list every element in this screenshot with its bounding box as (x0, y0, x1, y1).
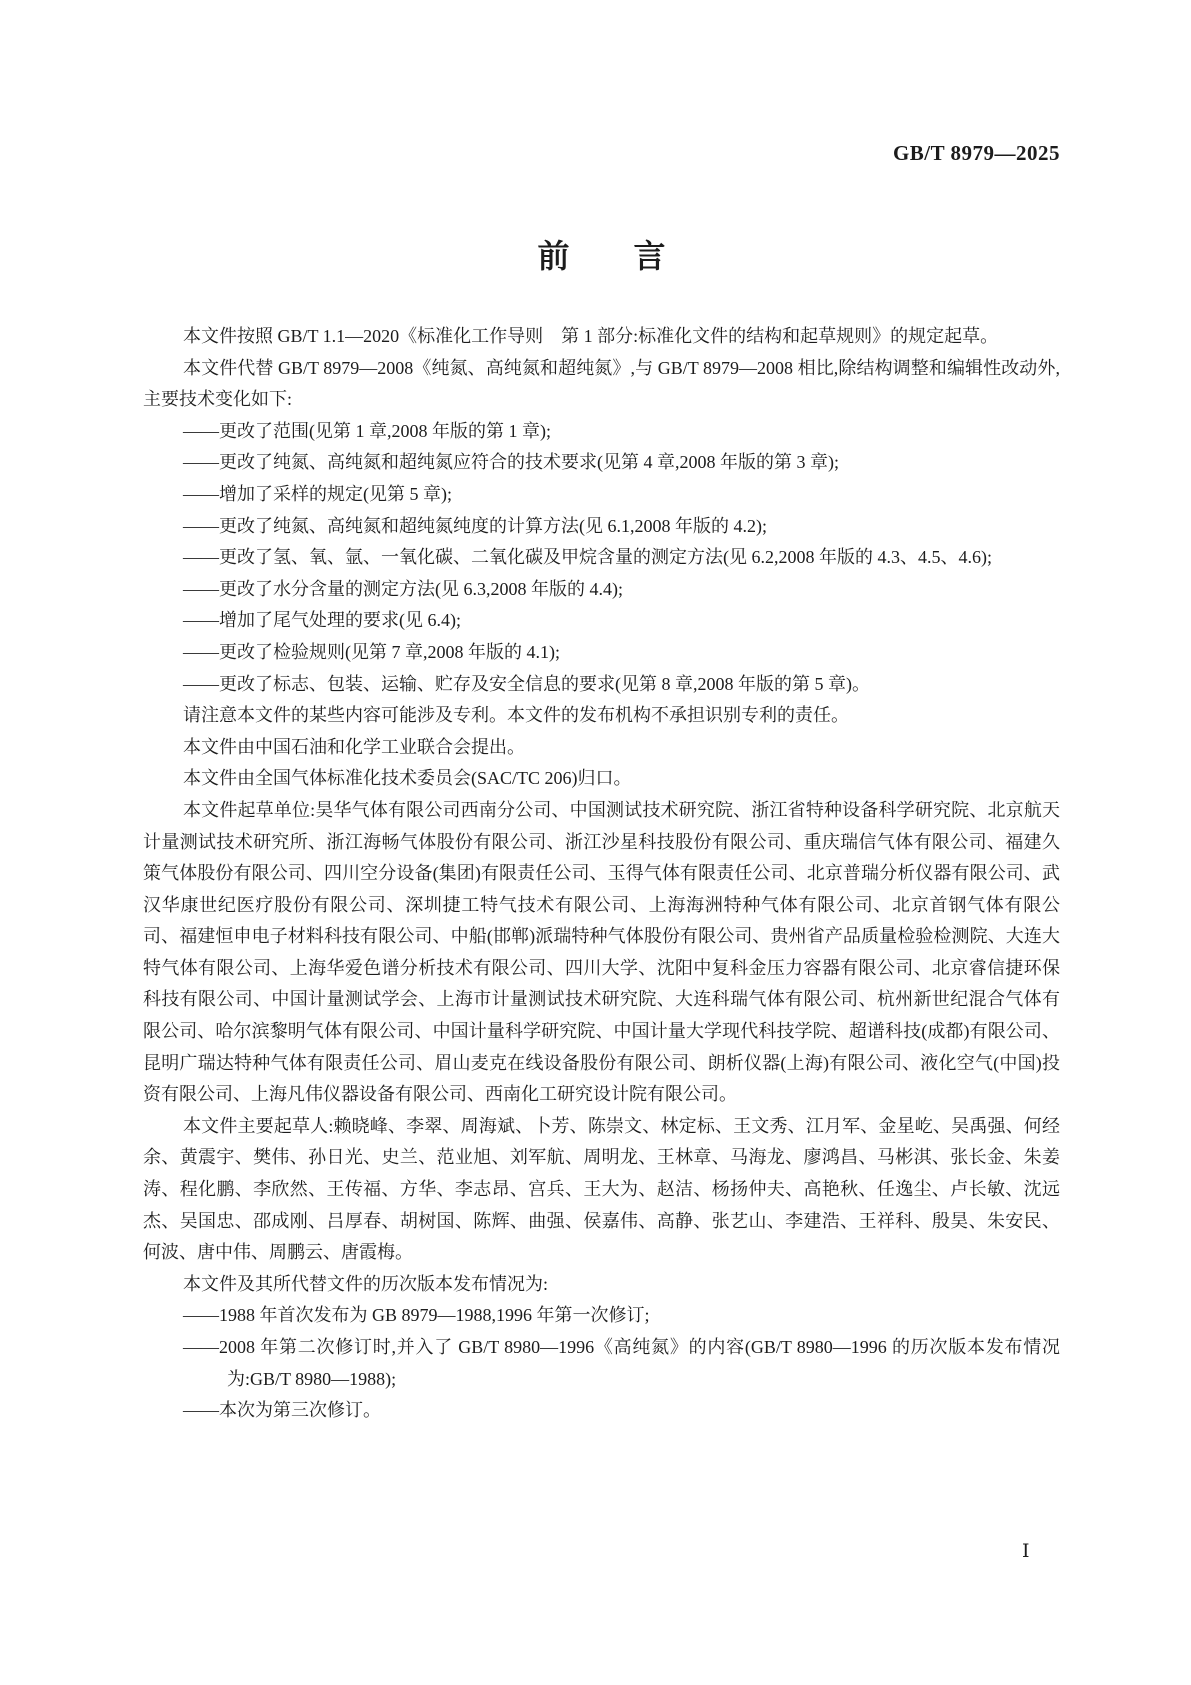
change-list-item: ——增加了尾气处理的要求(见 6.4); (143, 605, 1060, 637)
change-list-item: ——更改了范围(见第 1 章,2008 年版的第 1 章); (143, 416, 1060, 448)
paragraph: 本文件由中国石油和化学工业联合会提出。 (143, 732, 1060, 764)
paragraph: 本文件主要起草人:赖晓峰、李翠、周海斌、卜芳、陈崇文、林定标、王文秀、江月军、金… (143, 1111, 1060, 1269)
change-list-item: ——2008 年第二次修订时,并入了 GB/T 8980—1996《高纯氮》的内… (143, 1332, 1060, 1395)
change-list-item: ——本次为第三次修订。 (143, 1395, 1060, 1427)
paragraph: 本文件代替 GB/T 8979—2008《纯氮、高纯氮和超纯氮》,与 GB/T … (143, 353, 1060, 416)
standard-code: GB/T 8979—2025 (143, 141, 1060, 166)
change-list-item: ——更改了纯氮、高纯氮和超纯氮纯度的计算方法(见 6.1,2008 年版的 4.… (143, 511, 1060, 543)
page-title: 前 言 (143, 231, 1060, 277)
change-list-item: ——更改了纯氮、高纯氮和超纯氮应符合的技术要求(见第 4 章,2008 年版的第… (143, 447, 1060, 479)
paragraph: 本文件起草单位:昊华气体有限公司西南分公司、中国测试技术研究院、浙江省特种设备科… (143, 795, 1060, 1111)
page-number: Ⅰ (1022, 1540, 1030, 1563)
change-list-item: ——更改了检验规则(见第 7 章,2008 年版的 4.1); (143, 637, 1060, 669)
foreword-body: 本文件按照 GB/T 1.1—2020《标准化工作导则 第 1 部分:标准化文件… (143, 321, 1060, 1427)
change-list-item: ——更改了氢、氧、氩、一氧化碳、二氧化碳及甲烷含量的测定方法(见 6.2,200… (143, 542, 1060, 574)
paragraph: 本文件及其所代替文件的历次版本发布情况为: (143, 1269, 1060, 1301)
paragraph: 本文件由全国气体标准化技术委员会(SAC/TC 206)归口。 (143, 763, 1060, 795)
paragraph: 本文件按照 GB/T 1.1—2020《标准化工作导则 第 1 部分:标准化文件… (143, 321, 1060, 353)
change-list-item: ——更改了标志、包装、运输、贮存及安全信息的要求(见第 8 章,2008 年版的… (143, 669, 1060, 701)
change-list-item: ——1988 年首次发布为 GB 8979—1988,1996 年第一次修订; (143, 1300, 1060, 1332)
change-list-item: ——更改了水分含量的测定方法(见 6.3,2008 年版的 4.4); (143, 574, 1060, 606)
document-page: GB/T 8979—2025 前 言 本文件按照 GB/T 1.1—2020《标… (0, 0, 1191, 1685)
change-list-item: ——增加了采样的规定(见第 5 章); (143, 479, 1060, 511)
paragraph: 请注意本文件的某些内容可能涉及专利。本文件的发布机构不承担识别专利的责任。 (143, 700, 1060, 732)
